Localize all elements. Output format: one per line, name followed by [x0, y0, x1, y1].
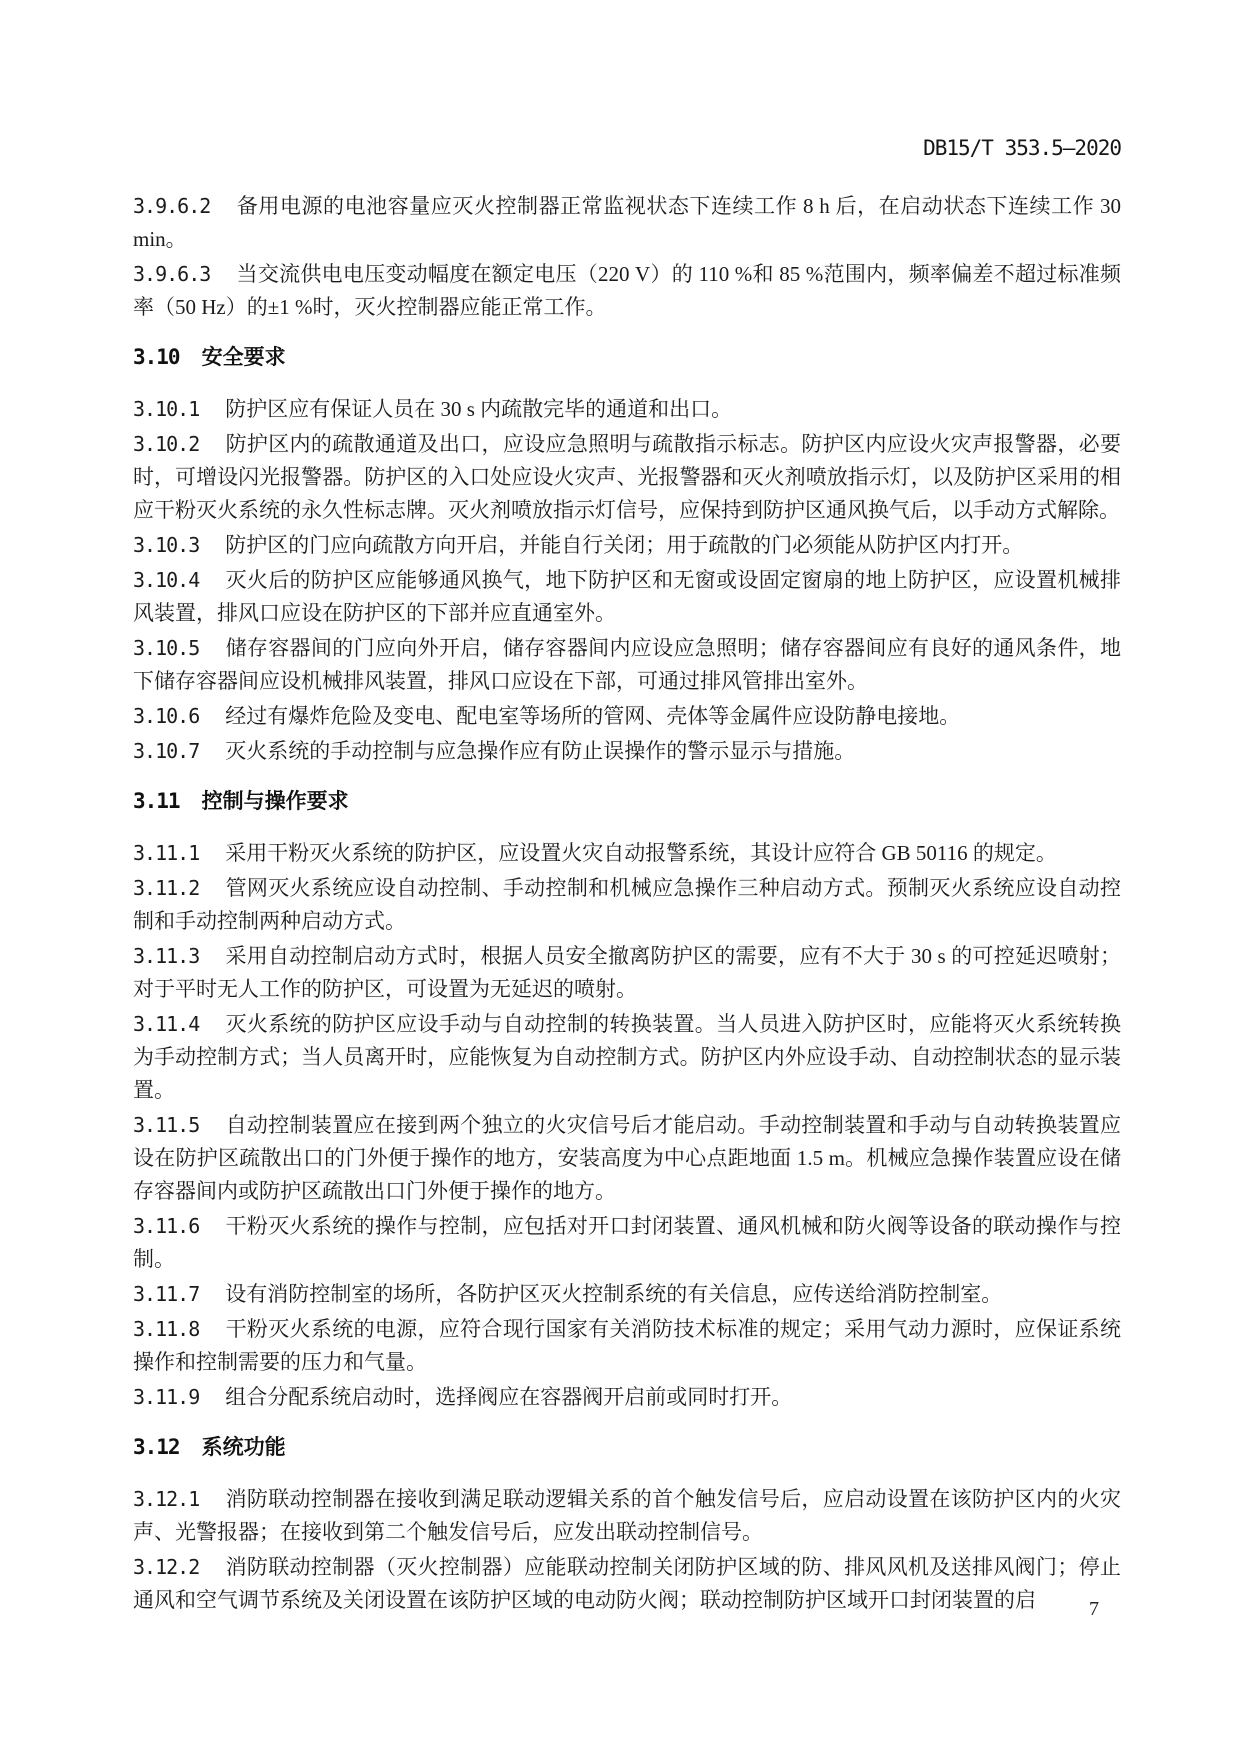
clause-3.11.5: 3.11.5自动控制装置应在接到两个独立的火灾信号后才能启动。手动控制装置和手动… [133, 1109, 1121, 1208]
document-page: DB15/T 353.5—2020 3.9.6.2备用电源的电池容量应灭火控制器… [0, 0, 1241, 1755]
clause-3.11.8: 3.11.8干粉灭火系统的电源，应符合现行国家有关消防技术标准的规定；采用气动力… [133, 1313, 1121, 1379]
clause-3.10.4: 3.10.4灭火后的防护区应能够通风换气，地下防护区和无窗或设固定窗扇的地上防护… [133, 564, 1121, 630]
section-title: 安全要求 [202, 346, 286, 369]
clause-text: 经过有爆炸危险及变电、配电室等场所的管网、壳体等金属件应设防静电接地。 [225, 704, 960, 728]
clause-text: 灭火后的防护区应能够通风换气，地下防护区和无窗或设固定窗扇的地上防护区，应设置机… [133, 568, 1121, 625]
clause-text: 灭火系统的手动控制与应急操作应有防止误操作的警示显示与措施。 [225, 739, 855, 763]
section-heading-3.12: 3.12系统功能 [133, 1431, 1121, 1464]
section-heading-3.11: 3.11控制与操作要求 [133, 785, 1121, 818]
clause-3.11.3: 3.11.3采用自动控制启动方式时，根据人员安全撤离防护区的需要，应有不大于 3… [133, 940, 1121, 1006]
clause-text: 干粉灭火系统的电源，应符合现行国家有关消防技术标准的规定；采用气动力源时，应保证… [133, 1317, 1121, 1374]
clause-3.10.3: 3.10.3防护区的门应向疏散方向开启，并能自行关闭；用于疏散的门必须能从防护区… [133, 529, 1121, 562]
clause-3.10.1: 3.10.1防护区应有保证人员在 30 s 内疏散完毕的通道和出口。 [133, 393, 1121, 426]
clause-number: 3.11.6 [133, 1214, 199, 1238]
section-number: 3.11 [133, 789, 180, 813]
section-heading-3.10: 3.10安全要求 [133, 341, 1121, 374]
clause-number: 3.9.6.2 [133, 194, 210, 218]
clause-3.12.1: 3.12.1消防联动控制器在接收到满足联动逻辑关系的首个触发信号后，应启动设置在… [133, 1483, 1121, 1549]
clause-number: 3.11.7 [133, 1282, 199, 1306]
clause-text: 备用电源的电池容量应灭火控制器正常监视状态下连续工作 8 h 后，在启动状态下连… [133, 194, 1121, 251]
clause-number: 3.10.7 [133, 739, 199, 763]
clause-text: 设有消防控制室的场所，各防护区灭火控制系统的有关信息，应传送给消防控制室。 [225, 1282, 1002, 1306]
clause-text: 管网灭火系统应设自动控制、手动控制和机械应急操作三种启动方式。预制灭火系统应设自… [133, 876, 1121, 933]
clause-text: 组合分配系统启动时，选择阀应在容器阀开启前或同时打开。 [225, 1385, 792, 1409]
clause-number: 3.11.1 [133, 841, 199, 865]
clause-text: 防护区的门应向疏散方向开启，并能自行关闭；用于疏散的门必须能从防护区内打开。 [225, 533, 1023, 557]
clause-number: 3.11.2 [133, 876, 199, 900]
document-standard-code: DB15/T 353.5—2020 [923, 136, 1121, 160]
document-body: 3.9.6.2备用电源的电池容量应灭火控制器正常监视状态下连续工作 8 h 后，… [133, 190, 1121, 1619]
section-number: 3.10 [133, 345, 180, 369]
section-title: 控制与操作要求 [202, 790, 349, 813]
clause-3.10.2: 3.10.2防护区内的疏散通道及出口，应设应急照明与疏散指示标志。防护区内应设火… [133, 428, 1121, 527]
clause-text: 自动控制装置应在接到两个独立的火灾信号后才能启动。手动控制装置和手动与自动转换装… [133, 1113, 1121, 1203]
clause-text: 消防联动控制器在接收到满足联动逻辑关系的首个触发信号后，应启动设置在该防护区内的… [133, 1487, 1121, 1544]
clause-number: 3.10.4 [133, 568, 199, 592]
clause-number: 3.10.6 [133, 704, 199, 728]
clause-text: 采用自动控制启动方式时，根据人员安全撤离防护区的需要，应有不大于 30 s 的可… [133, 944, 1121, 1001]
clause-text: 当交流供电电压变动幅度在额定电压（220 V）的 110 %和 85 %范围内，… [133, 262, 1121, 319]
clause-3.11.4: 3.11.4灭火系统的防护区应设手动与自动控制的转换装置。当人员进入防护区时，应… [133, 1008, 1121, 1107]
clause-text: 防护区应有保证人员在 30 s 内疏散完毕的通道和出口。 [225, 397, 732, 421]
clause-number: 3.11.8 [133, 1317, 199, 1341]
clause-number: 3.11.5 [133, 1113, 199, 1137]
clause-number: 3.10.2 [133, 432, 199, 456]
clause-number: 3.11.9 [133, 1385, 199, 1409]
clause-number: 3.9.6.3 [133, 262, 210, 286]
clause-3.10.7: 3.10.7灭火系统的手动控制与应急操作应有防止误操作的警示显示与措施。 [133, 735, 1121, 768]
clause-3.11.7: 3.11.7设有消防控制室的场所，各防护区灭火控制系统的有关信息，应传送给消防控… [133, 1278, 1121, 1311]
clause-number: 3.12.1 [133, 1487, 199, 1511]
section-title: 系统功能 [202, 1436, 286, 1459]
clause-3.11.2: 3.11.2管网灭火系统应设自动控制、手动控制和机械应急操作三种启动方式。预制灭… [133, 872, 1121, 938]
clause-text: 防护区内的疏散通道及出口，应设应急照明与疏散指示标志。防护区内应设火灾声报警器，… [133, 432, 1121, 522]
clause-number: 3.12.2 [133, 1555, 199, 1579]
clause-3.11.6: 3.11.6干粉灭火系统的操作与控制，应包括对开口封闭装置、通风机械和防火阀等设… [133, 1210, 1121, 1276]
clause-text: 储存容器间的门应向外开启，储存容器间内应设应急照明；储存容器间应有良好的通风条件… [133, 636, 1121, 693]
clause-number: 3.10.3 [133, 533, 199, 557]
clause-number: 3.11.3 [133, 944, 199, 968]
clause-number: 3.11.4 [133, 1012, 199, 1036]
clause-3.10.6: 3.10.6经过有爆炸危险及变电、配电室等场所的管网、壳体等金属件应设防静电接地… [133, 700, 1121, 733]
clause-3.11.1: 3.11.1采用干粉灭火系统的防护区，应设置火灾自动报警系统，其设计应符合 GB… [133, 837, 1121, 870]
clause-number: 3.10.1 [133, 397, 199, 421]
clause-3.9.6.2: 3.9.6.2备用电源的电池容量应灭火控制器正常监视状态下连续工作 8 h 后，… [133, 190, 1121, 256]
clause-3.9.6.3: 3.9.6.3当交流供电电压变动幅度在额定电压（220 V）的 110 %和 8… [133, 258, 1121, 324]
clause-number: 3.10.5 [133, 636, 199, 660]
clause-text: 消防联动控制器（灭火控制器）应能联动控制关闭防护区域的防、排风风机及送排风阀门；… [133, 1555, 1121, 1612]
page-number: 7 [1089, 1598, 1099, 1621]
clause-3.10.5: 3.10.5储存容器间的门应向外开启，储存容器间内应设应急照明；储存容器间应有良… [133, 632, 1121, 698]
section-number: 3.12 [133, 1435, 180, 1459]
clause-3.11.9: 3.11.9组合分配系统启动时，选择阀应在容器阀开启前或同时打开。 [133, 1381, 1121, 1414]
clause-text: 灭火系统的防护区应设手动与自动控制的转换装置。当人员进入防护区时，应能将灭火系统… [133, 1012, 1121, 1102]
clause-text: 采用干粉灭火系统的防护区，应设置火灾自动报警系统，其设计应符合 GB 50116… [225, 841, 1057, 865]
clause-text: 干粉灭火系统的操作与控制，应包括对开口封闭装置、通风机械和防火阀等设备的联动操作… [133, 1214, 1121, 1271]
clause-3.12.2: 3.12.2消防联动控制器（灭火控制器）应能联动控制关闭防护区域的防、排风风机及… [133, 1551, 1121, 1617]
